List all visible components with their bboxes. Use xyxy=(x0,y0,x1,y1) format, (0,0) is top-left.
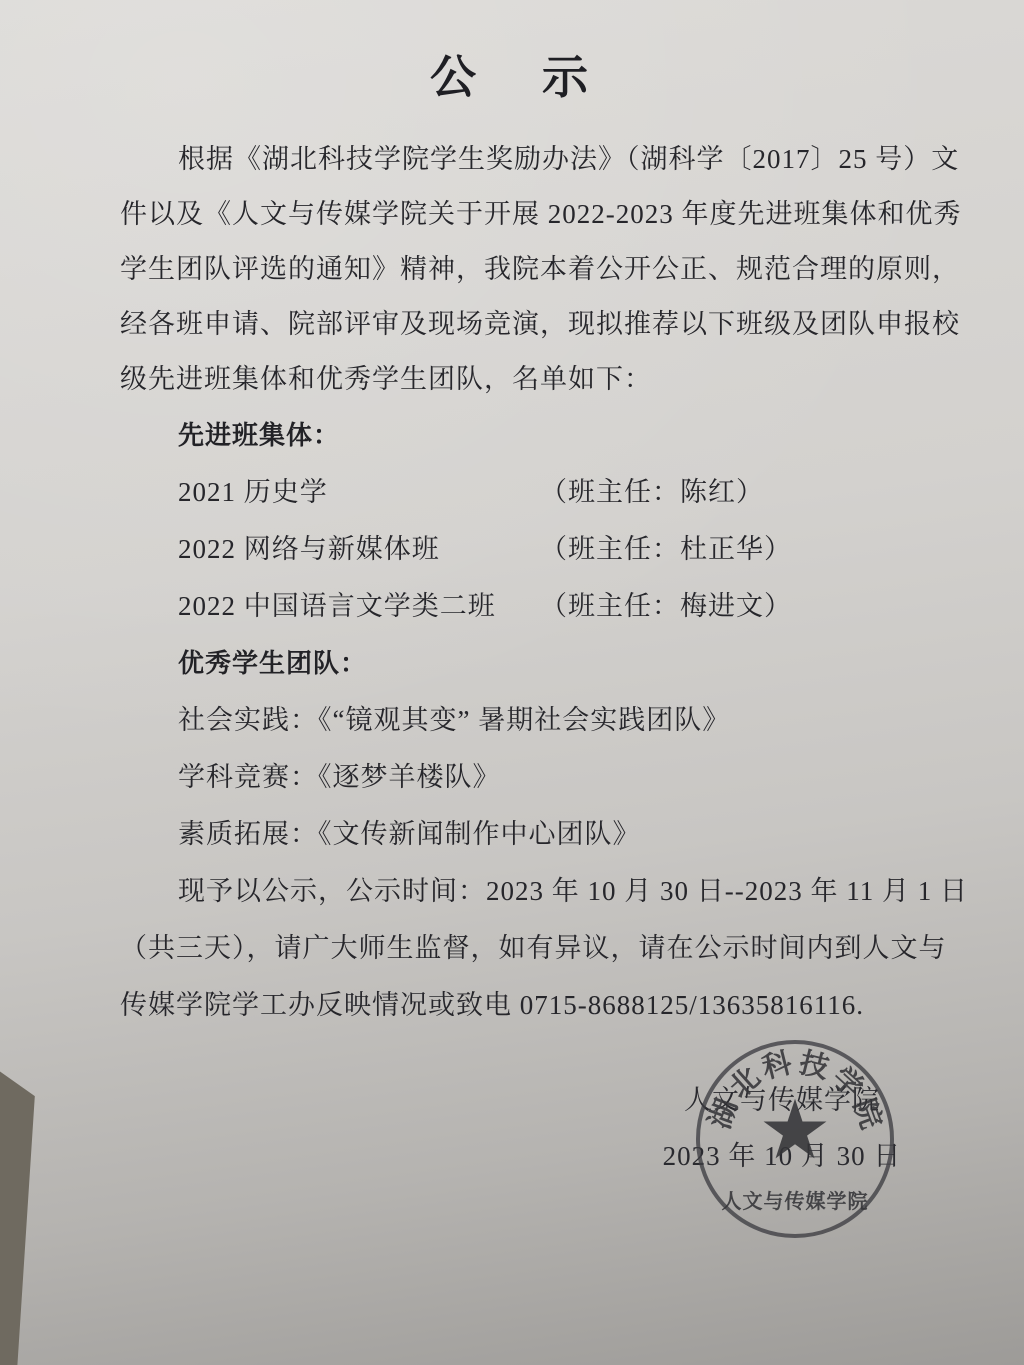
notice-body: 公 示 根据《湖北科技学院学生奖励办法》（湖科学〔2017〕25 号）文 件以及… xyxy=(0,0,1024,1034)
class-teacher: （班主任：梅进文） xyxy=(540,578,792,635)
intro-line-1: 根据《湖北科技学院学生奖励办法》（湖科学〔2017〕25 号）文 xyxy=(120,132,908,187)
advanced-class-row: 2022 中国语言文学类二班 （班主任：梅进文） xyxy=(178,578,908,635)
star-icon: ★ xyxy=(758,1090,832,1172)
advanced-class-row: 2021 历史学 （班主任：陈红） xyxy=(178,464,908,521)
team-row: 学科竞赛：《逐梦羊楼队》 xyxy=(178,749,908,806)
intro-line-2: 件以及《人文与传媒学院关于开展 2022-2023 年度先进班集体和优秀 xyxy=(120,187,908,242)
section-heading-advanced-class: 先进班集体： xyxy=(178,407,908,464)
team-row: 社会实践：《“镜观其变” 暑期社会实践团队》 xyxy=(178,692,908,749)
class-name: 2021 历史学 xyxy=(178,464,540,521)
section-heading-excellent-team: 优秀学生团队： xyxy=(178,635,908,692)
seal-arc-char: 科 xyxy=(758,1047,797,1086)
intro-line-4: 经各班申请、院部评审及现场竞演，现拟推荐以下班级及团队申报校 xyxy=(120,297,908,352)
intro-line-3: 学生团队评选的通知》精神，我院本着公开公正、规范合理的原则， xyxy=(120,242,908,297)
class-name: 2022 网络与新媒体班 xyxy=(178,521,540,578)
notice-paper: 公 示 根据《湖北科技学院学生奖励办法》（湖科学〔2017〕25 号）文 件以及… xyxy=(0,0,1024,1365)
closing-line-2: （共三天），请广大师生监督，如有异议，请在公示时间内到人文与 xyxy=(120,920,908,977)
department-seal-stamp: 湖 北 科 技 学 院 ★ 人文与传媒学院 xyxy=(696,1040,894,1238)
class-teacher: （班主任：陈红） xyxy=(540,464,764,521)
seal-org-name: 人文与传媒学院 xyxy=(700,1185,890,1214)
closing-line-3: 传媒学院学工办反映情况或致电 0715-8688125/13635816116. xyxy=(120,977,908,1034)
team-row: 素质拓展：《文传新闻制作中心团队》 xyxy=(178,806,908,863)
intro-line-5: 级先进班集体和优秀学生团队，名单如下： xyxy=(120,352,908,407)
advanced-class-row: 2022 网络与新媒体班 （班主任：杜正华） xyxy=(178,521,908,578)
class-teacher: （班主任：杜正华） xyxy=(540,521,792,578)
closing-line-1: 现予以公示，公示时间：2023 年 10 月 30 日--2023 年 11 月… xyxy=(120,863,908,920)
notice-title: 公 示 xyxy=(120,42,908,114)
class-name: 2022 中国语言文学类二班 xyxy=(178,578,540,635)
